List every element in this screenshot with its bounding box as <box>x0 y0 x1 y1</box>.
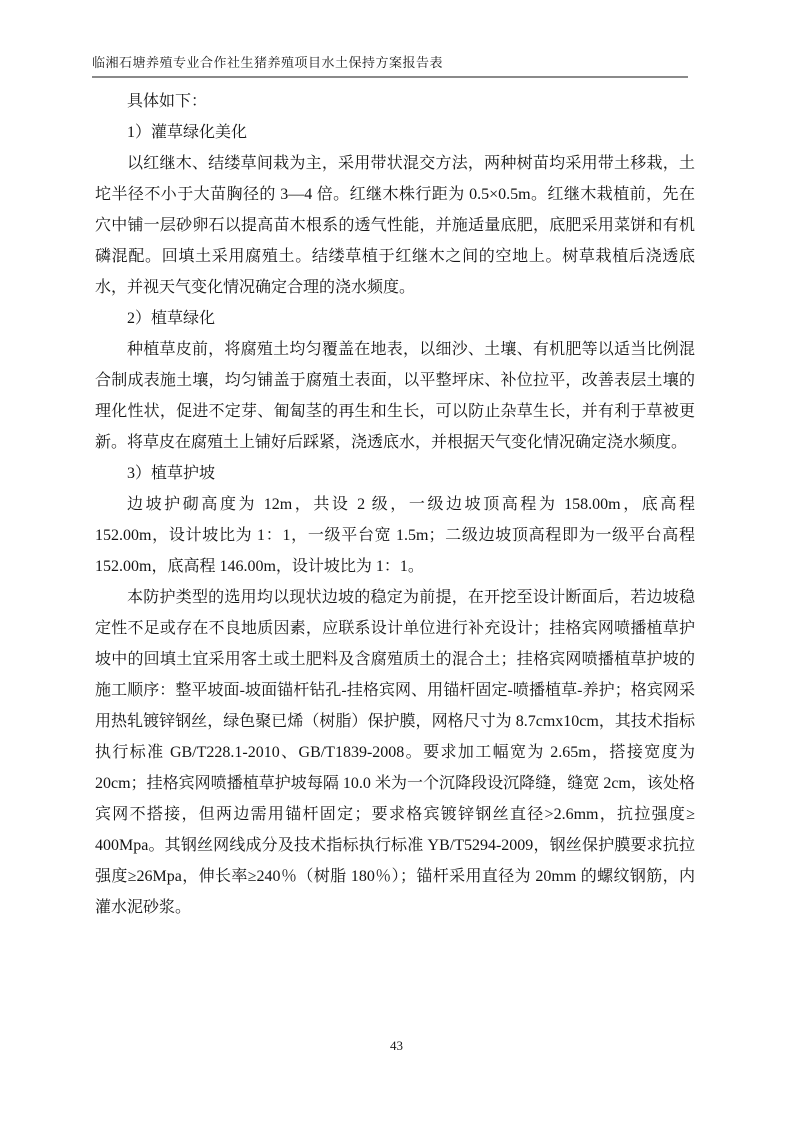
document-page: 临湘石塘养殖专业合作社生猪养殖项目水土保持方案报告表 具体如下： 1）灌草绿化美… <box>0 0 793 1122</box>
paragraph-protection-requirements: 本防护类型的选用均以现状边坡的稳定为前提，在开挖至设计断面后，若边坡稳定性不足或… <box>95 582 695 923</box>
section-heading-grass-greening: 2）植草绿化 <box>95 303 695 334</box>
section-heading-shrub-grass: 1）灌草绿化美化 <box>95 117 695 148</box>
paragraph-grass-planting: 种植草皮前，将腐殖土均匀覆盖在地表，以细沙、土壤、有机肥等以适当比例混合制成表施… <box>95 334 695 458</box>
page-footer: 43 <box>0 1038 793 1054</box>
section-heading-grass-slope-protection: 3）植草护坡 <box>95 458 695 489</box>
header-title: 临湘石塘养殖专业合作社生猪养殖项目水土保持方案报告表 <box>92 55 443 70</box>
paragraph-slope-dimensions: 边坡护砌高度为 12m，共设 2 级，一级边坡顶高程为 158.00m，底高程 … <box>95 489 695 582</box>
page-header: 临湘石塘养殖专业合作社生猪养殖项目水土保持方案报告表 <box>92 52 688 78</box>
document-body: 具体如下： 1）灌草绿化美化 以红继木、结缕草间栽为主，采用带状混交方法，两种树… <box>95 86 695 923</box>
page-number: 43 <box>390 1038 403 1053</box>
paragraph-shrub-grass-greening: 以红继木、结缕草间栽为主，采用带状混交方法，两种树苗均采用带土移栽，土坨半径不小… <box>95 148 695 303</box>
intro-line: 具体如下： <box>95 86 695 117</box>
